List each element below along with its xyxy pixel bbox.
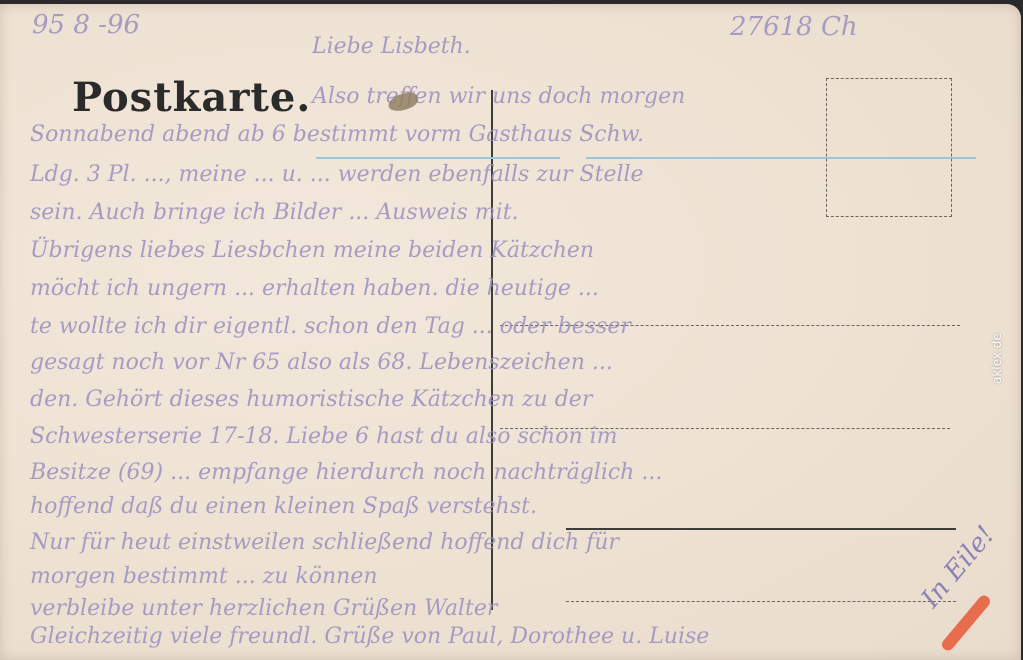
message-line: möcht ich ungern ... erhalten haben. die… [30,276,599,301]
message-line: morgen bestimmt ... zu können [30,564,378,589]
message-line: Übrigens liebes Liesbchen meine beiden K… [30,238,594,263]
message-line: gesagt noch vor Nr 65 also als 68. Leben… [30,350,613,375]
message-line: sein. Auch bringe ich Bilder ... Ausweis… [30,200,519,225]
annotation-top-right: 27618 Ch [730,12,858,42]
message-line: te wollte ich dir eigentl. schon den Tag… [30,314,631,339]
blue-underline-2 [586,157,976,159]
blue-underline-1 [316,157,560,159]
message-line: Besitze (69) ... empfange hierdurch noch… [30,460,662,485]
message-line: verbleibe unter herzlichen Grüßen Walter [30,596,497,621]
message-line: den. Gehört dieses humoristische Kätzche… [30,387,592,412]
address-line-3 [566,528,956,530]
message-line: Gleichzeitig viele freundl. Grüße von Pa… [30,624,709,649]
postcard-back: Postkarte. 95 8 -96 27618 Ch Liebe Lisbe… [0,4,1021,660]
message-line: Nur für heut einstweilen schließend hoff… [30,530,619,555]
postcard-heading: Postkarte. [72,74,311,121]
message-line: Sonnabend abend ab 6 bestimmt vorm Gasth… [30,122,644,147]
stamp-box [826,78,952,217]
annotation-top-left: 95 8 -96 [32,10,140,40]
watermark: aklex.de [990,304,1014,384]
message-line: Schwesterserie 17-18. Liebe 6 hast du al… [30,424,618,449]
address-line-4 [566,601,956,602]
message-line: hoffend daß du einen kleinen Spaß verste… [30,494,537,519]
message-line: Ldg. 3 Pl. ..., meine ... u. ... werden … [30,162,644,187]
message-line: Also treffen wir uns doch morgen [312,84,685,109]
message-salutation: Liebe Lisbeth. [312,34,471,59]
